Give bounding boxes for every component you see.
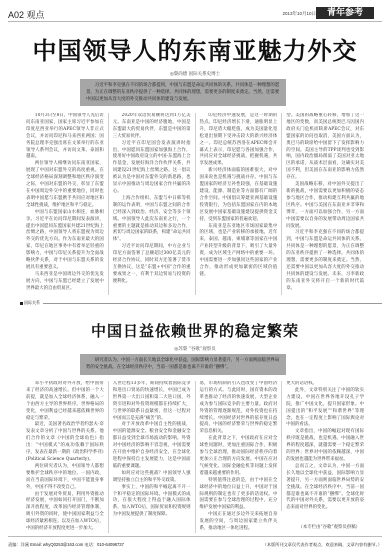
article2-column-4: 更大的话语权。 此外，文章特别关注了中国的软实力建设。中国在世界各地开设孔子学院… bbox=[281, 381, 368, 511]
paragraph: 美国战略东移，对中国外交提出了新的挑战，中国需要以更加积极的姿态参与地区合作，推… bbox=[286, 182, 364, 230]
paragraph: 习近平和李克强在不同的场合都提到，中国与东盟是命运共同体的关系。共同体是一种理想… bbox=[286, 230, 364, 292]
article2-column-2: 入世过程13多年，期间持续着国际竞争和进出口贸易的快速增长，中国已成为世界第一大… bbox=[108, 381, 195, 533]
paragraph: 对于开放改革中国自主性的挑战，中国的能源安全、粮食安全和金融安全都日益受到全球市… bbox=[113, 422, 191, 470]
paragraph: 邓小平执政时对外开放，给中国带来了经济的高速增长。但中国的一个大前提，就是加入全… bbox=[26, 381, 104, 422]
paragraph: 习近平在印尼国会发表演讲时指出，中国愿同东盟国家加强海上合作，使用好中国政府设立… bbox=[113, 141, 191, 196]
paragraph: 印尼经济中速发展，是这一时期的热点。印尼经济增长下滑，通胀明显上升，印尼盾大幅贬… bbox=[200, 113, 278, 168]
paragraph: 新兴经济体面临的困难很大，对中国来说也是机遇与挑战并存。中国与东盟国家的经济互补… bbox=[200, 168, 278, 223]
paragraph: 入世过程13多年，期间持续着国际竞争和进出口贸易的快速增长，中国已成为世界第一大… bbox=[113, 381, 191, 422]
article1-column-1: 10月3日至8日，中国领导人先后访问东南亚国家，国家主席习近平参加在印度尼西亚举… bbox=[22, 113, 108, 295]
paragraph: 如何应对这些挑战？中国领导人强调坚持独立自主的和平外交政策。 bbox=[113, 471, 191, 485]
article2-headline: 中国日益依赖世界的稳定繁荣 bbox=[0, 322, 390, 340]
article1-column-4: 型。美国的战略重心转移，增加了这一地区的变数，而美国总统奥巴马因国内政府关门危机… bbox=[281, 113, 368, 295]
paragraph: 易，市场机制的引入也改变了中国经济运行的方式。与此同时，国有资本的改革也推动了经… bbox=[200, 381, 278, 436]
paragraph: 两位研究者认为，中国领导人都想要维护全球秩序中的地位。一国内政，而在当前国际环境… bbox=[26, 464, 104, 492]
paragraph: 中国正在通过多边外交来拓展自身发展的空间，与周边国家建立伙伴关系，推动地区一体化… bbox=[200, 512, 278, 533]
page-header: A02 观点 2013年10月10日 青年参考 bbox=[8, 4, 382, 22]
article1-column-3: 印尼经济中速发展，是这一时期的热点。印尼经济增长下滑，通胀明显上升，印尼盾大幅贬… bbox=[195, 113, 282, 295]
paragraph: 10月3日至8日，中国领导人先后访问东南亚国家，国家主席习近平参加在印度尼西亚举… bbox=[26, 113, 104, 161]
article1-column-2: 2020年双边贸易额将达到1万亿美元。东南亚是中国的经济腹地，中国是东盟最大的贸… bbox=[108, 113, 195, 295]
paragraph: 此外，文章特别关注了中国的软实力建设。中国在世界各地开设孔子学院，推广中国文化，… bbox=[286, 388, 364, 429]
paragraph: 中国与东盟国家山水相连，血脉相亲。习近平在访问印尼期间发表演讲，提出中国愿同东盟… bbox=[26, 210, 104, 272]
page-footer: 责编：洋溪 Email: whyQ0253@163.com 电话：010-640… bbox=[8, 536, 382, 537]
paragraph: 2020年双边贸易额将达到1万亿美元。东南亚是中国的经济腹地，中国是东盟最大的贸… bbox=[113, 113, 191, 141]
paragraph: 马来西亚是中国周边外交的优先发展方向，中国与东盟已经建立了发展中世界最大的自由贸… bbox=[26, 272, 104, 293]
paragraph: 特别值得注意的是，由于中国在全球经济中的地位日益上升，中国对于国际规则的制定也有… bbox=[200, 478, 278, 513]
issue-date: 2013年10月10日 bbox=[282, 11, 316, 17]
article2-byline: ◎苏黎 “谷歌”观察员 bbox=[0, 346, 390, 352]
newspaper-masthead-logo: 青年参考 bbox=[316, 7, 374, 19]
paragraph: 两位领导人相继访问东南亚国家，展现了中国对东盟外交的高度重视。在全球经济格局深刻… bbox=[26, 161, 104, 209]
paragraph: 事实上，中国的和平崛起离不开一个和平稳定的国际环境。中国模式的成功，在很大程度上… bbox=[113, 485, 191, 520]
article2-body: 邓小平执政时对外开放，给中国带来了经济的高速增长。但中国的一个大前提，就是加入全… bbox=[22, 381, 368, 533]
paragraph: 习近平访问印尼期间，中方企业与印尼方面签署了总额超过300亿美元的经济合作协议，… bbox=[113, 244, 191, 285]
paragraph: 总而言之，文章认为，中国一方面长久地以全球化中获益，国际影响力显著提升，另一方面… bbox=[286, 464, 364, 511]
square-bullet-icon bbox=[20, 302, 23, 305]
section-label: 国际关系 bbox=[20, 300, 43, 306]
section-divider: 国际关系 bbox=[20, 300, 382, 306]
paragraph: 文章指出，中国的崛起对现有国际秩序既是挑战，也是机遇。中国融入世界的程度越深，就… bbox=[286, 429, 364, 464]
paragraph: 在此背景之下，中国政府在应对全球性问题时，更加注重国际合作，积极参与全球治理，推… bbox=[200, 436, 278, 477]
page-section-label: A02 观点 bbox=[8, 8, 45, 21]
article1-headline: 中国领导人的东南亚魅力外交 bbox=[0, 37, 390, 65]
article1-abstract: 习近平和李克强在不同的场合都提到，中国与东盟是命运共同体的关系。共同体是一种理想… bbox=[80, 79, 286, 106]
paragraph: 型。美国的战略重心转移，增加了这一地区的变数，而美国总统奥巴马因国内政府关门危机… bbox=[286, 113, 364, 182]
article1-byline: ◎黎尚德 国际关系史博士 bbox=[0, 71, 390, 77]
paragraph: 上海合作组织、东盟与中日韩等机制的运作表明，中国与东盟之间的合作已经深入到政治、… bbox=[113, 196, 191, 244]
article2-column-1: 邓小平执政时对外开放，给中国带来了经济的高速增长。但中国的一个大前提，就是加入全… bbox=[22, 381, 108, 533]
paragraph: 最近，美国著名政治学者约瑟夫·奈发表文章分析了中国与世界的关系。他们合作的文章《… bbox=[26, 422, 104, 463]
paragraph: 由于发展对外贸易，利用外资推动经济发展，中国如同打开国门，不断加深开放程度，改革… bbox=[26, 492, 104, 533]
disclaimer: （本版所刊文章仅代表作者观点，欢迎来稿，文章内容有删节。） bbox=[263, 542, 382, 548]
article2-attribution: （本专栏由“谷歌”观察员供稿） bbox=[298, 524, 360, 530]
article1-body: 10月3日至8日，中国领导人先后访问东南亚国家，国家主席习近平参加在印度尼西亚举… bbox=[22, 113, 368, 295]
editor-contact: 责编：洋溪 Email: whyQ0253@163.com 电话：010-640… bbox=[8, 542, 124, 548]
article2-abstract: 研究者认为，中国一方面长久地以全球化中获益，国际影响力显著提升，另一方面则面临世… bbox=[80, 354, 286, 375]
article2-column-3: 易，市场机制的引入也改变了中国经济运行的方式。与此同时，国有资本的改革也推动了经… bbox=[195, 381, 282, 533]
paragraph: 更大的话语权。 bbox=[286, 381, 364, 388]
divider-line bbox=[20, 303, 382, 304]
section-label-text: 国际关系 bbox=[24, 300, 40, 305]
paragraph: 东南亚是东亚地区市场国家最集中的区域，也是产业转移的承接地。近年来，泰国、越南、… bbox=[200, 224, 278, 279]
